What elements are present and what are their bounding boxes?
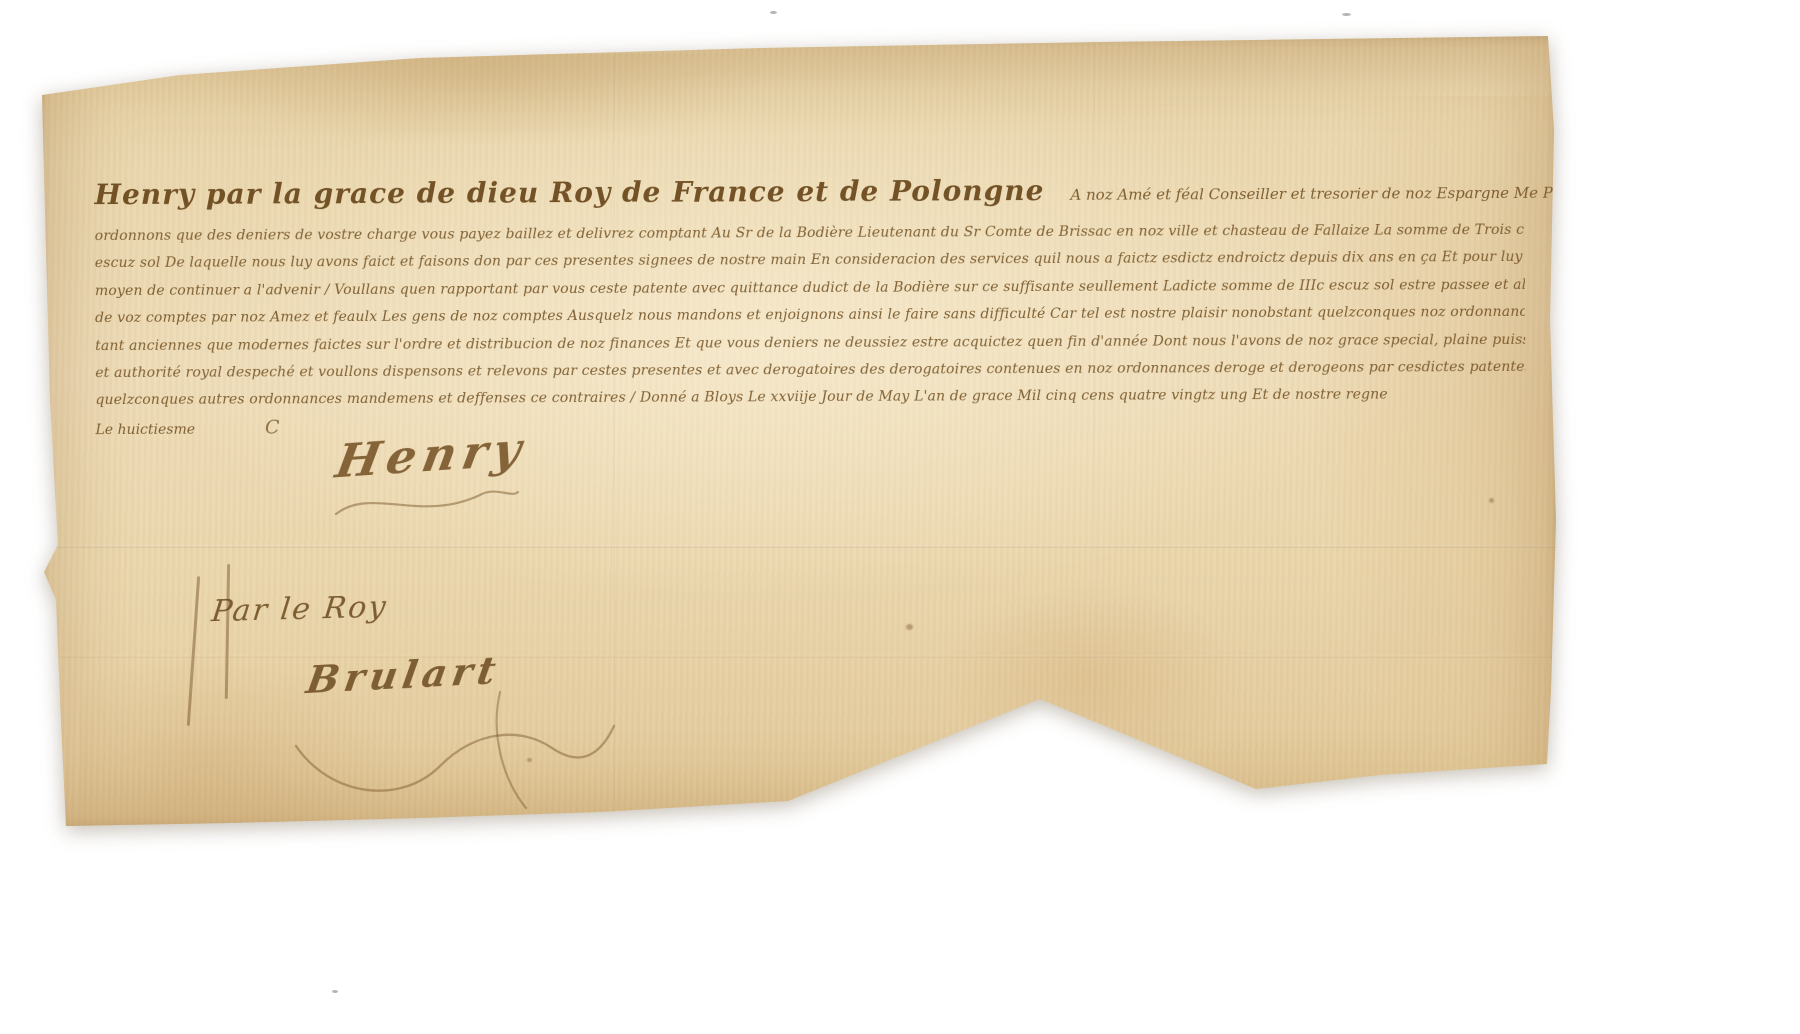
fold-crease [40,655,1556,658]
parchment-stain [200,54,760,144]
authorization-par-le-roy: Par le Roy [210,590,390,630]
pen-stroke-flourish [187,576,200,726]
parchment-shadow: Henry par la grace de dieu Roy de France… [0,0,1800,1034]
secretary-countersignature: Brulart [303,647,503,702]
royal-intitulation: Henry par la grace de dieu Roy de France… [94,174,1044,211]
countersignature-flourish [290,686,620,816]
letter-text: Henry par la grace de dieu Roy de France… [94,165,1525,444]
parchment-stain [940,576,1240,746]
ink-spot [1489,498,1494,503]
pen-stroke-flourish [225,564,230,699]
regnal-year: Le huictiesme [96,422,196,438]
parchment-document: Henry par la grace de dieu Roy de France… [40,36,1556,828]
scan-background: Henry par la grace de dieu Roy de France… [0,0,1800,1034]
address-clause: A noz Amé et féal Conseiller et tresorie… [1070,182,1800,204]
pen-flourish [332,484,522,524]
fold-crease [40,545,1556,548]
ink-spot [527,758,532,762]
letter-closing-line: Le huictiesmeC [95,409,1525,445]
ink-spot [906,624,913,630]
paraph-mark: C [265,416,280,438]
letter-line-1: Henry par la grace de dieu Roy de France… [94,165,1524,223]
